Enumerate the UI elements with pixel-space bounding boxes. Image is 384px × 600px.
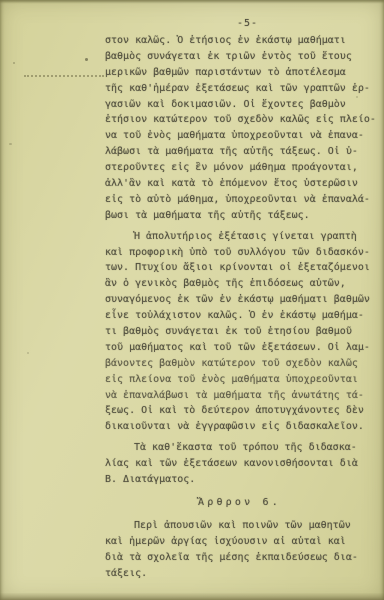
text-line: συναγόμενος ἐκ τῶν ἐν ἑκάστῳ μαθήματι βα… xyxy=(105,292,373,308)
text-line: τοῦ μαθήματος καὶ τοῦ τῶν ἐξετάσεων. Οἱ … xyxy=(105,340,373,356)
text-line: νὰ ἐπαναλάβωσι τὰ μαθήματα τῆς ἀνωτάτης … xyxy=(105,388,373,404)
text-line: βωσι τὰ μαθήματα τῆς αὐτῆς τάξεως. xyxy=(105,208,373,224)
text-line: διὰ τὰ σχολεῖα τῆς μέσης ἐκπαιδεύσεως δι… xyxy=(105,550,373,566)
text-line: ἀλλ'ἂν καὶ κατὰ τὸ ἑπόμενον ἔτος ὑστερῶσ… xyxy=(105,176,373,192)
text-line: στον καλῶς. Ὁ ἐτήσιος ἐν ἑκάστῳ μαθήματι xyxy=(105,33,373,49)
text-line: Β. Διατάγματος. xyxy=(105,472,373,488)
paper-speck xyxy=(27,352,29,354)
text-line: Ἡ ἀπολυτήριος ἐξέτασις γίνεται γραπτὴ xyxy=(105,229,373,245)
text-line: στεροῦντες εἰς ἓν μόνον μάθημα προάγοντα… xyxy=(105,160,373,176)
paper-speck xyxy=(9,143,12,145)
margin-dotted-line xyxy=(24,75,104,77)
text-line: λάβωσι τὰ μαθήματα τῆς αὐτῆς τάξεως. Οἱ … xyxy=(105,144,373,160)
text-line: Τὰ καθ'ἕκαστα τοῦ τρόπου τῆς διδασκα- xyxy=(105,440,373,456)
text-line: τι βαθμὸς συνάγεται ἐκ τοῦ ἐτησίου βαθμο… xyxy=(105,324,373,340)
text-line: μερικῶν βαθμῶν παριστάντων τὸ ἀποτέλεσμα xyxy=(105,65,373,81)
text-line: εἰς πλείονα τοῦ ἑνὸς μαθήματα ὑποχρεοῦντ… xyxy=(105,372,373,388)
scanned-page: -5- στον καλῶς. Ὁ ἐτήσιος ἐν ἑκάστῳ μαθή… xyxy=(0,0,384,600)
text-line: εἶνε τοὐλάχιστον καλῶς. Ὁ ἐν ἑκάστῳ μαθή… xyxy=(105,308,373,324)
paragraph-3: Τὰ καθ'ἕκαστα τοῦ τρόπου τῆς διδασκα- λί… xyxy=(105,440,373,488)
paper-speck xyxy=(85,58,88,61)
page-number: -5- xyxy=(237,18,258,29)
text-line: Περὶ ἀπουσιῶν καὶ ποινῶν τῶν μαθητῶν xyxy=(105,518,373,534)
paragraph-1: στον καλῶς. Ὁ ἐτήσιος ἐν ἑκάστῳ μαθήματι… xyxy=(105,33,373,224)
paragraph-4: Περὶ ἀπουσιῶν καὶ ποινῶν τῶν μαθητῶν καὶ… xyxy=(105,518,373,582)
text-line: τάξεις. xyxy=(105,566,373,582)
text-line: ἂν ὁ γενικὸς βαθμὸς τῆς ἐπιδόσεως αὐτῶν, xyxy=(105,276,373,292)
text-line: των. Πτυχίου ἄξιοι κρίνονται οἱ ἐξεταζόμ… xyxy=(105,260,373,276)
article-heading: Ἄρθρον 6. xyxy=(198,495,373,511)
text-line: γασιῶν καὶ δοκιμασιῶν. Οἱ ἔχοντες βαθμὸν xyxy=(105,97,373,113)
text-line: βαθμὸς συνάγεται ἐκ τριῶν ἐντὸς τοῦ ἔτου… xyxy=(105,49,373,65)
text-line: βάνοντες βαθμὸν κατώτερον τοῦ σχεδὸν καλ… xyxy=(105,356,373,372)
scan-edge-shadow xyxy=(0,593,384,600)
text-line: καὶ ἡμερῶν ἀργίας ἰσχύουσιν αἱ αὐταὶ καὶ xyxy=(105,534,373,550)
text-line: λίας καὶ τῶν ἐξετάσεων κανονισθήσονται δ… xyxy=(105,456,373,472)
text-line: δικαιοῦνται νὰ ἐγγραφῶσιν εἰς διδασκαλεῖ… xyxy=(105,419,373,435)
paper-speck xyxy=(13,62,15,64)
text-line: ἐτήσιον κατώτερον τοῦ σχεδὸν καλῶς εἰς π… xyxy=(105,112,373,128)
body-text: στον καλῶς. Ὁ ἐτήσιος ἐν ἑκάστῳ μαθήματι… xyxy=(105,33,373,586)
text-line: ξεως. Οἱ καὶ τὸ δεύτερον ἀποτυγχάνοντες … xyxy=(105,403,373,419)
text-line: να τοῦ ἑνὸς μαθήματα ὑποχρεοῦνται νὰ ἐπα… xyxy=(105,128,373,144)
paragraph-2: Ἡ ἀπολυτήριος ἐξέτασις γίνεται γραπτὴ κα… xyxy=(105,229,373,436)
text-line: καὶ προφορικὴ ὑπὸ τοῦ συλλόγου τῶν διδασ… xyxy=(105,245,373,261)
text-line: εἰς τὸ αὐτὸ μάθημα, ὑποχρεοῦνται νὰ ἐπαν… xyxy=(105,192,373,208)
text-line: τῆς καθ'ἡμέραν ἐξετάσεως καὶ τῶν γραπτῶν… xyxy=(105,81,373,97)
